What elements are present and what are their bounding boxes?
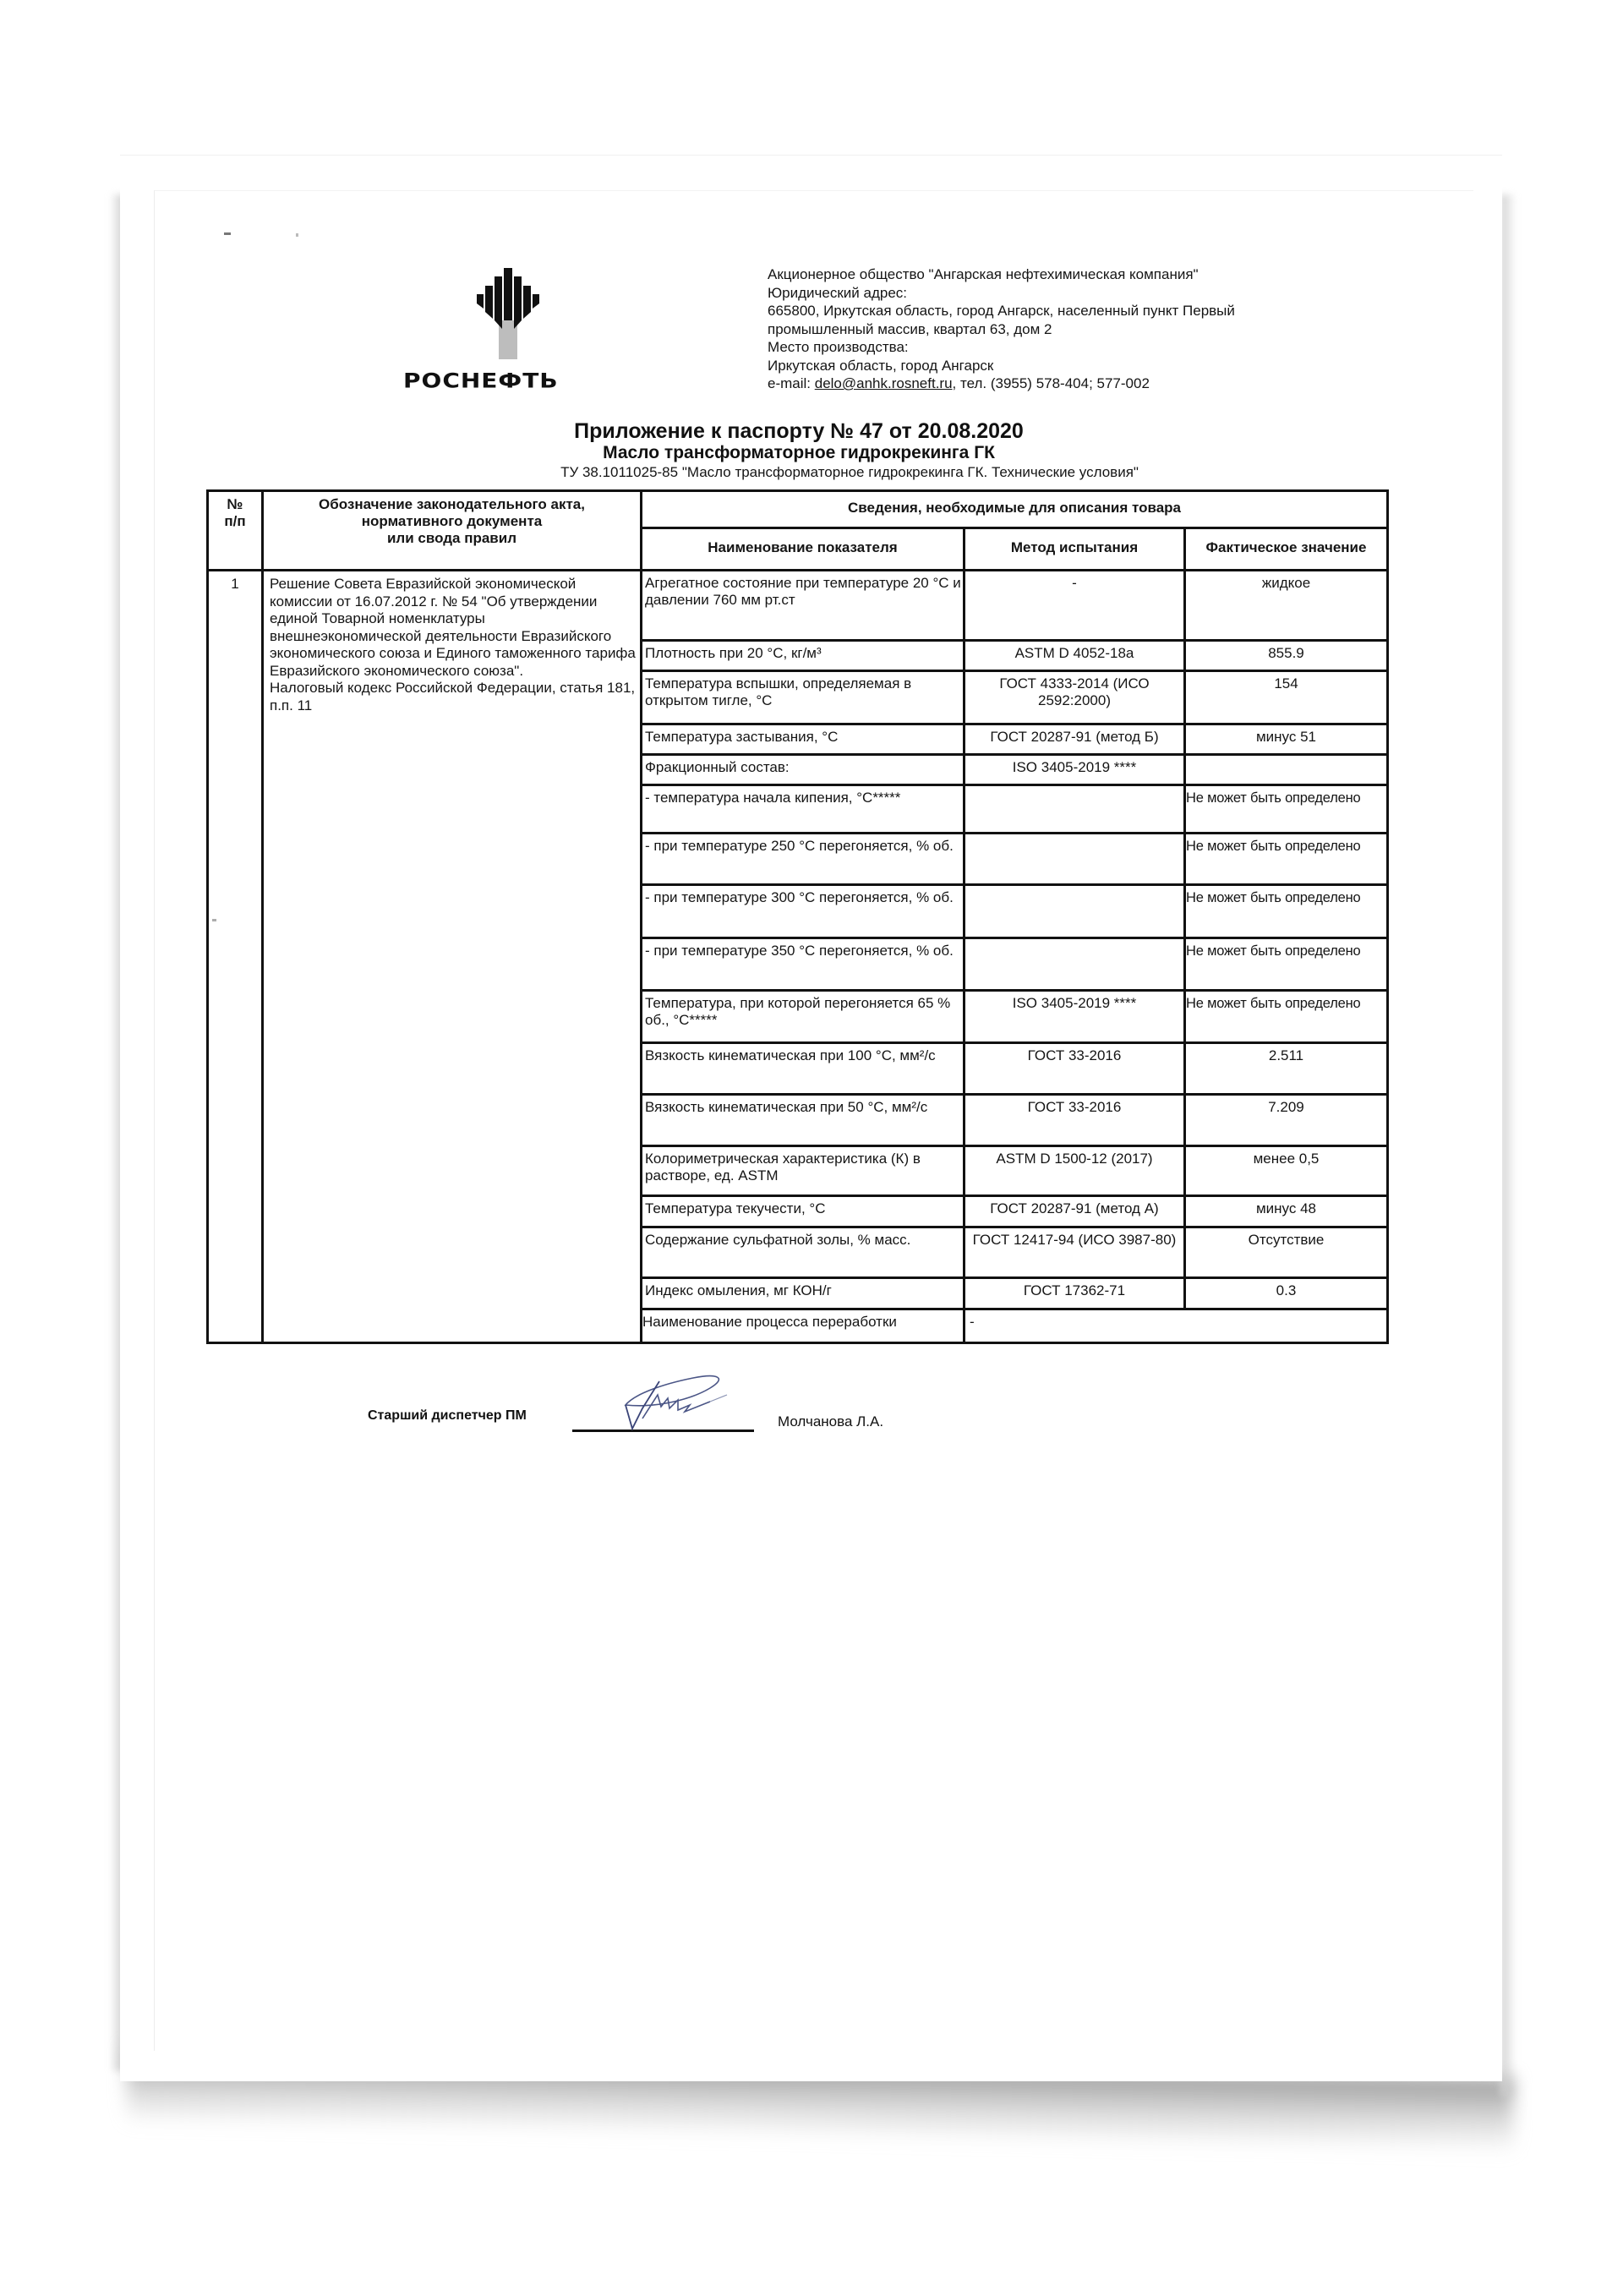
method-cell: ГОСТ 33-2016: [965, 1047, 1183, 1064]
table-border: [640, 489, 642, 1342]
indicator-cell: Фракционный состав:: [645, 759, 961, 776]
method-cell: ГОСТ 33-2016: [965, 1099, 1183, 1116]
method-cell: -: [965, 575, 1183, 592]
rosneft-wordmark: РОСНЕФТЬ: [403, 370, 611, 392]
scan-speck: [296, 233, 298, 237]
header-method: Метод испытания: [965, 539, 1183, 556]
table-border: [963, 937, 965, 989]
indicator-cell: Вязкость кинематическая при 100 °С, мм²/…: [645, 1047, 961, 1064]
table-border: [963, 1308, 965, 1342]
value-cell: Не может быть определено: [1186, 838, 1386, 855]
value-cell: 0.3: [1186, 1282, 1386, 1299]
table-border: [640, 883, 1386, 886]
value-cell: 855.9: [1186, 645, 1386, 662]
indicator-cell: Плотность при 20 °С, кг/м³: [645, 645, 961, 662]
table-border: [640, 1145, 1386, 1147]
table-border: [640, 639, 1386, 642]
table-border: [640, 832, 1386, 834]
table-border: [206, 489, 209, 1344]
company-line: 665800, Иркутская область, город Ангарск…: [768, 302, 1292, 320]
indicator-cell: Температура, при которой перегоняется 65…: [645, 995, 961, 1029]
header-info: Сведения, необходимые для описания товар…: [642, 500, 1386, 517]
phone-text: , тел. (3955) 578-404; 577-002: [953, 375, 1150, 391]
table-border: [640, 753, 1386, 756]
scan-speck: [224, 232, 231, 235]
company-line: Место производства:: [768, 338, 1292, 357]
table-border: [206, 1342, 1389, 1344]
table-border: [1183, 753, 1186, 784]
company-contacts: e-mail: delo@anhk.rosneft.ru, тел. (3955…: [768, 374, 1292, 393]
email-label: e-mail:: [768, 375, 815, 391]
product-name: Масло трансформаторное гидрокрекинга ГК: [0, 442, 1610, 464]
value-cell: менее 0,5: [1186, 1151, 1386, 1167]
value-cell: Отсутствие: [1186, 1232, 1386, 1249]
table-border: [640, 527, 1386, 529]
table-border: [640, 784, 1386, 786]
value-cell: минус 48: [1186, 1200, 1386, 1217]
scan-speck: [212, 919, 216, 921]
indicator-cell: Содержание сульфатной золы, % масс.: [645, 1232, 961, 1249]
indicator-cell: Агрегатное состояние при температуре 20 …: [645, 575, 961, 609]
handwritten-signature-icon: [609, 1369, 735, 1437]
spec-reference: ТУ 38.1011025-85 "Масло трансформаторное…: [38, 464, 1623, 481]
company-line: Юридический адрес:: [768, 284, 1292, 303]
signer-position: Старший диспетчер ПМ: [368, 1408, 527, 1424]
header-legal-act: Обозначение законодательного акта, норма…: [264, 496, 640, 547]
table-border: [640, 989, 1386, 992]
table-border: [640, 1093, 1386, 1096]
table-border: [640, 670, 1386, 672]
method-cell: ГОСТ 12417-94 (ИСО 3987-80): [965, 1232, 1183, 1249]
method-cell: ГОСТ 4333-2014 (ИСО 2592:2000): [965, 675, 1183, 709]
method-cell: ГОСТ 20287-91 (метод Б): [965, 729, 1183, 746]
indicator-cell: Вязкость кинематическая при 50 °С, мм²/с: [645, 1099, 961, 1116]
process-name-label: Наименование процесса переработки: [642, 1314, 962, 1331]
header-value: Фактическое значение: [1186, 539, 1386, 556]
table-border: [640, 1194, 1386, 1197]
value-cell: Не может быть определено: [1186, 943, 1386, 959]
value-cell: минус 51: [1186, 729, 1386, 746]
indicator-cell: - при температуре 300 °С перегоняется, %…: [645, 889, 961, 906]
indicator-cell: - при температуре 250 °С перегоняется, %…: [645, 838, 961, 855]
method-cell: ISO 3405-2019 ****: [965, 759, 1183, 776]
indicator-cell: Температура вспышки, определяемая в откр…: [645, 675, 961, 709]
value-cell: 7.209: [1186, 1099, 1386, 1116]
table-border: [640, 937, 1386, 939]
header-number: № п/п: [209, 496, 261, 530]
value-cell: 2.511: [1186, 1047, 1386, 1064]
table-border: [640, 1276, 1386, 1279]
rosneft-logo-icon: [476, 268, 540, 361]
method-cell: ГОСТ 20287-91 (метод А): [965, 1200, 1183, 1217]
value-cell: Не может быть определено: [1186, 790, 1386, 806]
table-border: [963, 883, 965, 937]
value-cell: 154: [1186, 675, 1386, 692]
company-line: Акционерное общество "Ангарская нефтехим…: [768, 265, 1292, 284]
legal-act-text: Решение Совета Евразийской экономической…: [270, 576, 637, 714]
indicator-cell: Температура застывания, °С: [645, 729, 961, 746]
value-cell: Не может быть определено: [1186, 995, 1386, 1012]
method-cell: ASTM D 1500-12 (2017): [965, 1151, 1183, 1167]
header-indicator: Наименование показателя: [642, 539, 963, 556]
method-cell: ASTM D 4052-18a: [965, 645, 1183, 662]
email-link[interactable]: delo@anhk.rosneft.ru: [815, 375, 953, 391]
signer-name: Молчанова Л.А.: [778, 1413, 883, 1430]
value-cell: жидкое: [1186, 575, 1386, 592]
company-line: промышленный массив, квартал 63, дом 2: [768, 320, 1292, 339]
table-border: [261, 489, 264, 1342]
indicator-cell: - температура начала кипения, °С*****: [645, 790, 961, 806]
method-cell: ГОСТ 17362-71: [965, 1282, 1183, 1299]
indicator-cell: - при температуре 350 °С перегоняется, %…: [645, 943, 961, 959]
indicator-cell: Колориметрическая характеристика (К) в р…: [645, 1151, 961, 1184]
method-cell: ISO 3405-2019 ****: [965, 995, 1183, 1012]
table-border: [640, 1041, 1386, 1044]
document-title: Приложение к паспорту № 47 от 20.08.2020: [0, 419, 1610, 443]
table-border: [1386, 489, 1389, 1344]
table-border: [640, 1308, 1386, 1310]
company-line: Иркутская область, город Ангарск: [768, 357, 1292, 375]
table-border: [963, 784, 965, 832]
table-border: [640, 1226, 1386, 1228]
table-border: [963, 832, 965, 883]
indicator-cell: Индекс омыления, мг КОН/г: [645, 1282, 961, 1299]
company-info: Акционерное общество "Ангарская нефтехим…: [768, 265, 1292, 393]
row-number: 1: [209, 576, 261, 593]
table-border: [206, 569, 1386, 571]
table-border: [206, 489, 1389, 492]
table-border: [640, 723, 1386, 725]
value-cell: Не может быть определено: [1186, 889, 1386, 906]
process-name-value: -: [970, 1314, 1385, 1331]
indicator-cell: Температура текучести, °С: [645, 1200, 961, 1217]
